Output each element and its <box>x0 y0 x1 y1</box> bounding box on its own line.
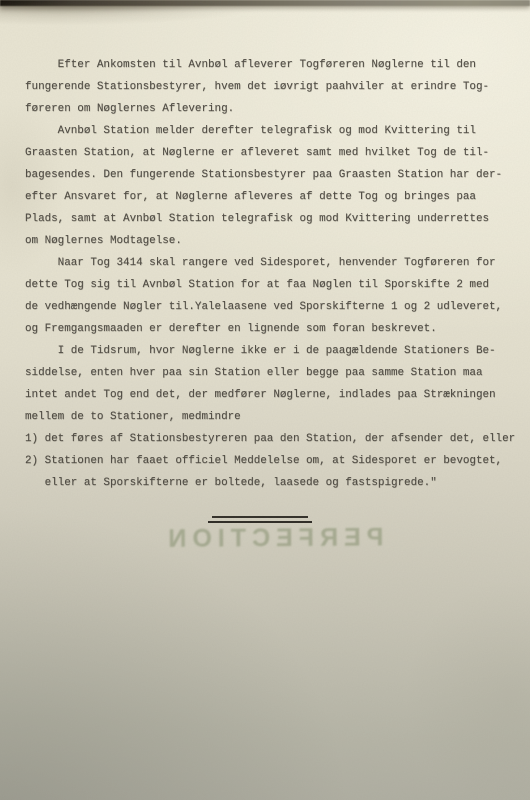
text-line: fungerende Stationsbestyrer, hvem det iø… <box>25 76 520 98</box>
text-line: intet andet Tog end det, der medfører Nø… <box>25 384 520 406</box>
text-line: Avnbøl Station melder derefter telegrafi… <box>25 120 520 142</box>
text-line: bagesendes. Den fungerende Stationsbesty… <box>25 164 520 186</box>
text-line: Efter Ankomsten til Avnbøl afleverer Tog… <box>25 54 520 76</box>
text-line: 2) Stationen har faaet officiel Meddelel… <box>25 450 520 472</box>
text-line: og Fremgangsmaaden er derefter en lignen… <box>25 318 520 340</box>
end-divider-rule-top <box>212 516 308 518</box>
end-divider-rule-bottom <box>208 521 312 523</box>
document-text: Efter Ankomsten til Avnbøl afleverer Tog… <box>25 54 520 494</box>
text-line: efter Ansvaret for, at Nøglerne aflevere… <box>25 186 520 208</box>
text-line: om Nøglernes Modtagelse. <box>25 230 520 252</box>
bleed-through-watermark: PERFECTION <box>128 523 418 555</box>
text-line: Plads, samt at Avnbøl Station telegrafis… <box>25 208 520 230</box>
text-line: I de Tidsrum, hvor Nøglerne ikke er i de… <box>25 340 520 362</box>
text-line: eller at Sporskifterne er boltede, laase… <box>25 472 520 494</box>
scanned-document-page: Efter Ankomsten til Avnbøl afleverer Tog… <box>0 0 530 800</box>
text-line: de vedhængende Nøgler til.Yalelaasene ve… <box>25 296 520 318</box>
text-line: siddelse, enten hver paa sin Station ell… <box>25 362 520 384</box>
scan-edge-shadow <box>0 4 300 18</box>
text-line: føreren om Nøglernes Aflevering. <box>25 98 520 120</box>
text-line: Graasten Station, at Nøglerne er aflever… <box>25 142 520 164</box>
text-line: Naar Tog 3414 skal rangere ved Sidespore… <box>25 252 520 274</box>
text-line: dette Tog sig til Avnbøl Station for at … <box>25 274 520 296</box>
text-line: 1) det føres af Stationsbestyreren paa d… <box>25 428 520 450</box>
paper-stain <box>330 540 530 800</box>
text-line: mellem de to Stationer, medmindre <box>25 406 520 428</box>
